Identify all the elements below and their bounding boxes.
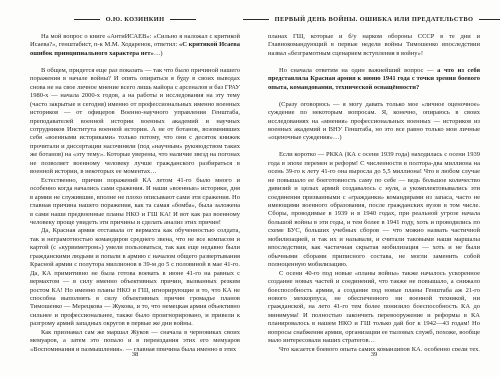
header-rule-left <box>74 19 100 20</box>
header-rule-right <box>170 19 196 20</box>
paragraph-text: Как признавал сам же маршал Жуков — снач… <box>30 329 240 351</box>
paragraph-text: Естественно, причин поражений КА летом 4… <box>30 177 240 226</box>
paragraph: С осени 40-го под новые «планы войны» та… <box>268 270 480 346</box>
paragraph: (Сразу оговорюсь — я могу давать только … <box>268 101 480 143</box>
running-head-text-right: ПЕРВЫЙ ДЕНЬ ВОЙНЫ. ОШИБКА ИЛИ ПРЕДАТЕЛЬС… <box>275 16 474 23</box>
paragraph-text: …) <box>154 50 163 57</box>
header-rule-right <box>479 19 500 20</box>
paragraph: Но сначала ответим на один важнейший воп… <box>268 67 480 92</box>
running-head-right: ПЕРВЫЙ ДЕНЬ ВОЙНЫ. ОШИБКА ИЛИ ПРЕДАТЕЛЬС… <box>268 16 480 23</box>
paragraph: Естественно, причин поражений КА летом 4… <box>30 177 240 228</box>
page-right: ПЕРВЫЙ ДЕНЬ ВОЙНЫ. ОШИБКА ИЛИ ПРЕДАТЕЛЬС… <box>250 0 500 377</box>
paragraph: В общем, придется еще раз показать — так… <box>30 67 240 177</box>
paragraph: Да, Красная армия отставала от вермахта … <box>30 227 240 328</box>
book-spread: О.Ю. КОЗИНКИН На мой вопрос о книге «Ант… <box>0 0 500 377</box>
paragraph-text: Да, Красная армия отставала от вермахта … <box>30 227 240 327</box>
paragraph-text: планах ГШ, которые и б/у нарком обороны … <box>268 33 480 57</box>
page-body-right: планах ГШ, которые и б/у нарком обороны … <box>268 33 480 351</box>
header-rule-left <box>243 19 269 20</box>
paragraph: На мой вопрос о книге «АнтиИСАЕВ»: «Силь… <box>30 33 240 58</box>
page-body-left: На мой вопрос о книге «АнтиИСАЕВ»: «Силь… <box>30 33 240 351</box>
paragraph-text: В общем, придется еще раз показать — так… <box>30 67 240 175</box>
paragraph-text: С осени 40-го под новые «планы войны» та… <box>268 270 480 345</box>
paragraph-text: (Сразу оговорюсь — я могу давать только … <box>268 101 480 142</box>
page-left: О.Ю. КОЗИНКИН На мой вопрос о книге «Ант… <box>0 0 250 377</box>
paragraph-text: Но сначала ответим на один важнейший воп… <box>279 67 437 74</box>
page-number-left: 38 <box>30 351 240 358</box>
running-head-text-left: О.Ю. КОЗИНКИН <box>106 16 165 23</box>
paragraph: Как признавал сам же маршал Жуков — снач… <box>30 329 240 351</box>
paragraph: Если коротко — РККА (КА с осени 1939 год… <box>268 151 480 269</box>
page-number-right: 39 <box>268 351 480 358</box>
paragraph: планах ГШ, которые и б/у нарком обороны … <box>268 33 480 58</box>
paragraph-text: Если коротко — РККА (КА с осени 1939 год… <box>268 151 480 268</box>
running-head-left: О.Ю. КОЗИНКИН <box>30 16 240 23</box>
